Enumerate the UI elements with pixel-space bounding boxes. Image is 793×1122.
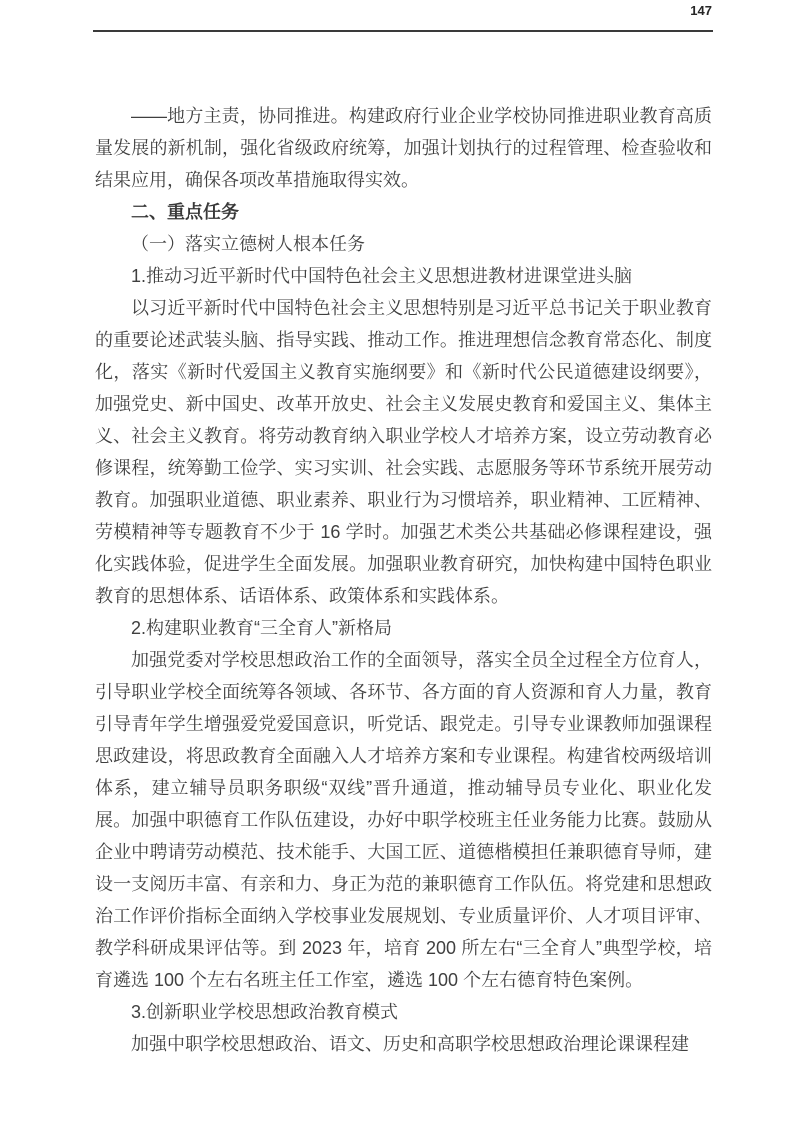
paragraph: 3.创新职业学校思想政治教育模式 — [95, 996, 712, 1028]
paragraph: 2.构建职业教育“三全育人”新格局 — [95, 612, 712, 644]
document-body: ——地方主责，协同推进。构建政府行业企业学校协同推进职业教育高质量发展的新机制，… — [95, 100, 712, 1060]
section-heading: 二、重点任务 — [95, 196, 712, 228]
paragraph: 以习近平新时代中国特色社会主义思想特别是习近平总书记关于职业教育的重要论述武装头… — [95, 292, 712, 612]
paragraph: （一）落实立德树人根本任务 — [95, 228, 712, 260]
paragraph: 1.推动习近平新时代中国特色社会主义思想进教材进课堂进头脑 — [95, 260, 712, 292]
paragraph: 加强党委对学校思想政治工作的全面领导，落实全员全过程全方位育人，引导职业学校全面… — [95, 644, 712, 996]
header-rule — [93, 30, 713, 32]
page-number: 147 — [690, 3, 712, 19]
paragraph: 加强中职学校思想政治、语文、历史和高职学校思想政治理论课课程建 — [95, 1028, 712, 1060]
paragraph: ——地方主责，协同推进。构建政府行业企业学校协同推进职业教育高质量发展的新机制，… — [95, 100, 712, 196]
document-page: 147 ——地方主责，协同推进。构建政府行业企业学校协同推进职业教育高质量发展的… — [0, 0, 793, 1122]
